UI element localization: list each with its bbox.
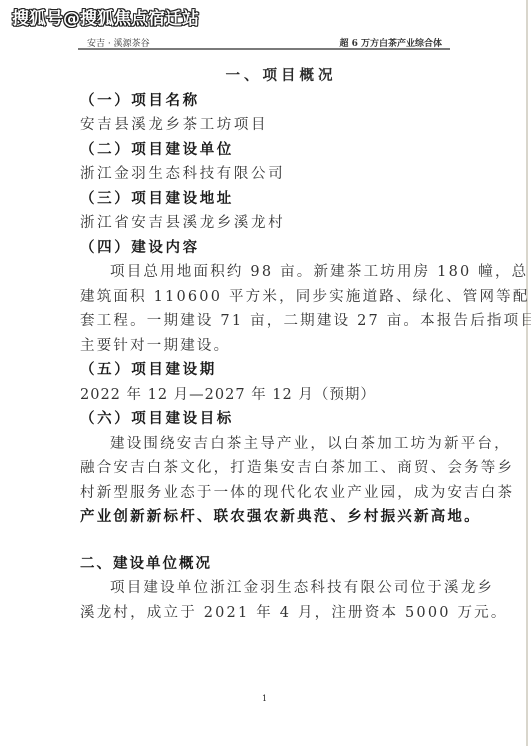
page-edge-divider [526,0,528,746]
construction-goals-line: 建设围绕安吉白茶主导产业，以白茶加工坊为新平台， [80,432,452,457]
construction-unit-value: 浙江金羽生态科技有限公司 [80,162,452,187]
subheading-construction-goals: （六）项目建设目标 [80,407,452,432]
section-spacer [80,530,452,552]
unit-overview-line: 项目建设单位浙江金羽生态科技有限公司位于溪龙乡 [80,576,452,601]
running-header: 安吉 · 溪源茶谷 超 6 万方白茶产业综合体 [78,36,450,48]
project-name-value: 安吉县溪龙乡茶工坊项目 [80,113,452,138]
construction-content-line: 项目总用地面积约 98 亩。新建茶工坊用房 180 幢，总 [80,260,452,285]
construction-content-line: 建筑面积 110600 平方米，同步实施道路、绿化、管网等配 [80,285,452,310]
section-title-project-overview: 一、项目概况 [80,64,452,89]
subheading-construction-unit: （二）项目建设单位 [80,138,452,163]
construction-goals-bold-line: 产业创新新标杆、联农强农新典范、乡村振兴新高地。 [80,505,452,530]
header-rule [78,48,450,50]
subheading-construction-address: （三）项目建设地址 [80,187,452,212]
subheading-construction-period: （五）项目建设期 [80,358,452,383]
source-watermark: 搜狐号@搜狐焦点宿迁站 [12,4,199,29]
construction-goals-line: 村新型服务业态于一体的现代化农业产业园，成为安吉白茶 [80,481,452,506]
page-number: 1 [262,694,267,703]
unit-overview-line: 溪龙村，成立于 2021 年 4 月，注册资本 5000 万元。 [80,601,452,626]
construction-content-line: 套工程。一期建设 71 亩，二期建设 27 亩。本报告后指项目 [80,309,452,334]
section-title-construction-unit-overview: 二、建设单位概况 [80,552,452,577]
document-body: 一、项目概况 （一）项目名称 安吉县溪龙乡茶工坊项目 （二）项目建设单位 浙江金… [80,64,452,625]
construction-period-value: 2022 年 12 月—2027 年 12 月（预期） [80,383,452,408]
construction-content-line: 主要针对一期建设。 [80,334,452,359]
subheading-project-name: （一）项目名称 [80,89,452,114]
subheading-construction-content: （四）建设内容 [80,236,452,261]
construction-goals-line: 融合安吉白茶文化，打造集安吉白茶加工、商贸、会务等乡 [80,456,452,481]
construction-address-value: 浙江省安吉县溪龙乡溪龙村 [80,211,452,236]
